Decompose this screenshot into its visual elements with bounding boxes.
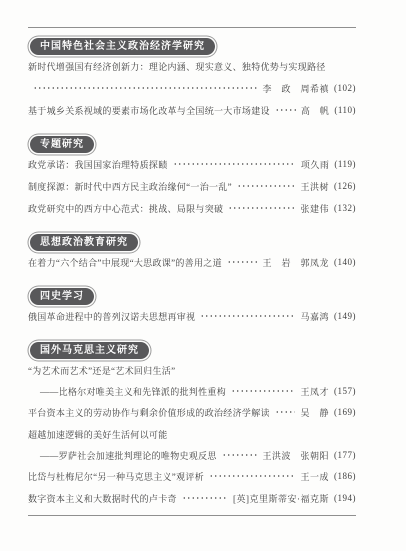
entry-authors: 王一成	[300, 470, 329, 483]
entry-subtitle: ——罗萨社会加速批判理论的唯物史观反思	[40, 449, 217, 462]
entry-page-number: (194)	[334, 493, 356, 503]
section-header-row: 中国特色社会主义政治经济学研究	[28, 36, 356, 55]
entry-title: 比岱与杜梅尼尔“另一种马克思主义”观评析	[28, 470, 204, 483]
entry-title: 数字资本主义和大数据时代的卢卡奇	[28, 492, 177, 505]
dot-leader	[275, 407, 296, 417]
toc-entry: “为艺术而艺术”还是“艺术回归生活” ——比格尔对唯美主义和先锋派的批判性重构 …	[28, 359, 356, 401]
entry-page-number: (132)	[334, 203, 356, 213]
section-header-row: 四史学习	[28, 286, 356, 305]
dot-leader	[275, 105, 296, 115]
entry-title: 在着力“六个结合”中展现“大思政课”的善用之道	[28, 256, 222, 269]
entry-page-number: (157)	[334, 386, 356, 396]
dot-leader	[33, 83, 257, 93]
entry-authors: 张建伟	[300, 202, 329, 215]
dot-leader	[209, 471, 295, 481]
toc-entry: 俄国革命进程中的普列汉诺夫思想再审视 马嘉鸿 (149)	[28, 305, 356, 327]
entry-subtitle: ——比格尔对唯美主义和先锋派的批判性重构	[40, 385, 226, 398]
entry-page-number: (126)	[334, 181, 356, 191]
entry-title: 制度探源：新时代中西方民主政治缘何“一治一乱”	[28, 180, 232, 193]
entry-authors: 李 政 周希禛	[262, 82, 329, 95]
toc-entry: 平台资本主义的劳动协作与剩余价值形成的政治经济学解读 吴 静 (169)	[28, 401, 356, 423]
entry-authors: 高 帆	[301, 104, 330, 117]
section-header-row: 专题研究	[28, 134, 356, 153]
entry-authors: 马嘉鸿	[300, 310, 329, 323]
entry-page-number: (149)	[334, 311, 356, 321]
dot-leader	[173, 159, 296, 169]
toc-content: 中国特色社会主义政治经济学研究 新时代增强国有经济创新力：理论内涵、现实意义、独…	[28, 33, 356, 509]
entry-page-number: (119)	[334, 159, 356, 169]
entry-title: 基于城乡关系视域的要素市场化改革与全国统一大市场建设	[28, 104, 270, 117]
entry-title-line: 超越加速逻辑的美好生活何以可能	[28, 423, 356, 445]
dot-leader	[182, 493, 228, 503]
section-badge: 思想政治教育研究	[30, 234, 138, 251]
entry-page-number: (102)	[334, 83, 356, 93]
entry-authors: 王凤才	[300, 385, 329, 398]
toc-entry: 政党承诺：我国国家治理特质探赜 项久雨 (119)	[28, 153, 356, 175]
entry-page-number: (169)	[334, 407, 356, 417]
toc-entry: 政党研究中的西方中心范式：挑战、局限与突破 张建伟 (132)	[28, 197, 356, 219]
entry-page-number: (110)	[334, 105, 356, 115]
entry-title: 超越加速逻辑的美好生活何以可能	[28, 428, 168, 441]
entry-title: 平台资本主义的劳动协作与剩余价值形成的政治经济学解读	[28, 406, 270, 419]
entry-authors: 项久雨	[301, 158, 330, 171]
entry-authors: [英]克里斯蒂安·福克斯	[233, 492, 329, 505]
entry-title-line: 新时代增强国有经济创新力：理论内涵、现实意义、独特优势与实现路径	[28, 55, 356, 77]
dot-leader	[231, 386, 295, 396]
dot-leader	[222, 450, 258, 460]
entry-title: 政党研究中的西方中心范式：挑战、局限与突破	[28, 202, 223, 215]
section-badge: 四史学习	[30, 288, 94, 305]
entry-title-line: “为艺术而艺术”还是“艺术回归生活”	[28, 359, 356, 381]
entry-subtitle-line: ——罗萨社会加速批判理论的唯物史观反思 王洪波 张朝阳 (177)	[28, 445, 356, 465]
entry-authors: 王 岩 郭凤龙	[262, 256, 329, 269]
toc-entry: 制度探源：新时代中西方民主政治缘何“一治一乱” 王洪树 (126)	[28, 175, 356, 197]
entry-leader-line: 李 政 周希禛 (102)	[28, 77, 356, 99]
dot-leader	[237, 181, 296, 191]
top-rule	[28, 27, 356, 28]
toc-entry: 在着力“六个结合”中展现“大思政课”的善用之道 王 岩 郭凤龙 (140)	[28, 251, 356, 273]
entry-authors: 吴 静	[300, 406, 329, 419]
toc-entry: 比岱与杜梅尼尔“另一种马克思主义”观评析 王一成 (186)	[28, 465, 356, 487]
section-badge: 国外马克思主义研究	[30, 342, 149, 359]
entry-authors: 王洪树	[300, 180, 329, 193]
entry-subtitle-line: ——比格尔对唯美主义和先锋派的批判性重构 王凤才 (157)	[28, 381, 356, 401]
entry-title: “为艺术而艺术”还是“艺术回归生活”	[28, 364, 175, 377]
section-header-row: 思想政治教育研究	[28, 232, 356, 251]
entry-page-number: (177)	[334, 450, 356, 460]
entry-title: 俄国革命进程中的普列汉诺夫思想再审视	[28, 310, 195, 323]
dot-leader	[200, 311, 295, 321]
toc-entry: 基于城乡关系视域的要素市场化改革与全国统一大市场建设 高 帆 (110)	[28, 99, 356, 121]
entry-authors: 王洪波 张朝阳	[262, 449, 329, 462]
toc-entry: 超越加速逻辑的美好生活何以可能 ——罗萨社会加速批判理论的唯物史观反思 王洪波 …	[28, 423, 356, 465]
section-header-row: 国外马克思主义研究	[28, 340, 356, 359]
section-badge: 专题研究	[30, 136, 94, 153]
bottom-rule	[28, 515, 356, 516]
toc-entry: 数字资本主义和大数据时代的卢卡奇 [英]克里斯蒂安·福克斯 (194)	[28, 487, 356, 509]
entry-page-number: (140)	[334, 257, 356, 267]
journal-toc-page: 中国特色社会主义政治经济学研究 新时代增强国有经济创新力：理论内涵、现实意义、独…	[0, 0, 406, 551]
section-badge: 中国特色社会主义政治经济学研究	[30, 38, 215, 55]
entry-title: 新时代增强国有经济创新力：理论内涵、现实意义、独特优势与实现路径	[28, 60, 326, 73]
dot-leader	[227, 257, 258, 267]
toc-entry: 新时代增强国有经济创新力：理论内涵、现实意义、独特优势与实现路径 李 政 周希禛…	[28, 55, 356, 99]
dot-leader	[228, 203, 295, 213]
entry-title: 政党承诺：我国国家治理特质探赜	[28, 158, 168, 171]
entry-page-number: (186)	[334, 471, 356, 481]
